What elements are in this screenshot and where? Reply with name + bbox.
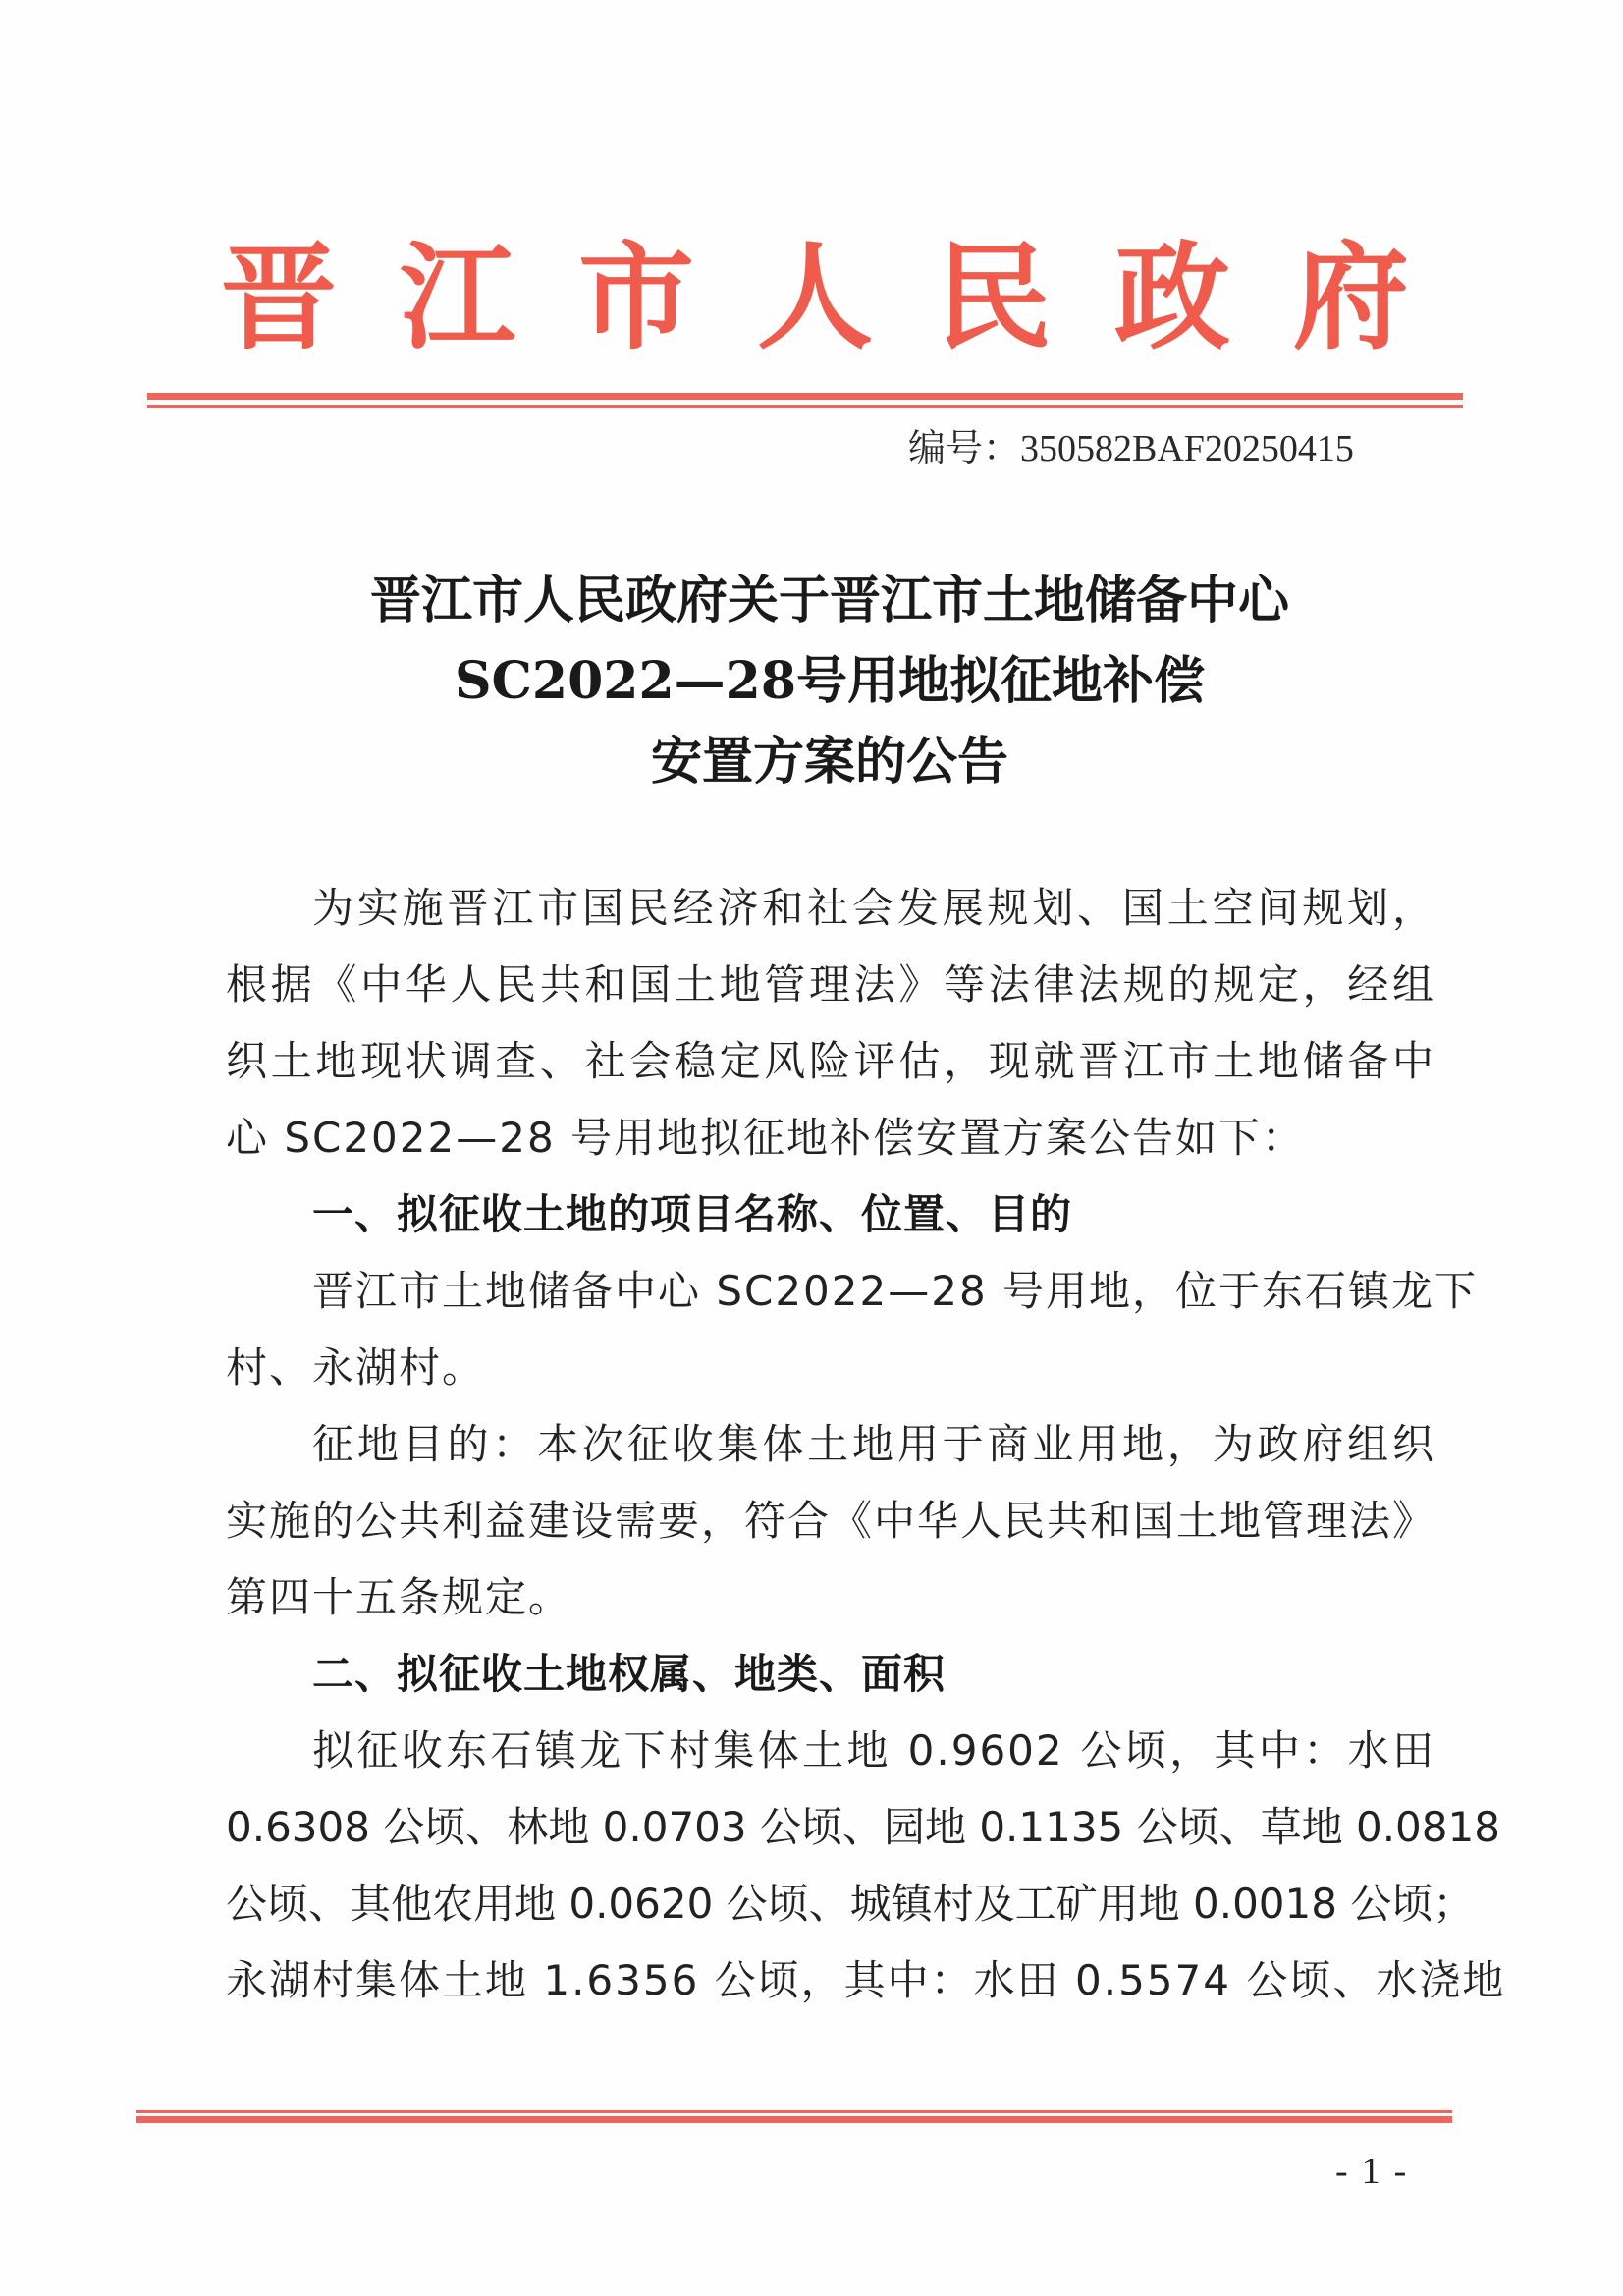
masthead-char: 府	[1293, 234, 1409, 361]
header-rule-thin	[147, 405, 1463, 408]
masthead-char: 人	[757, 234, 873, 361]
masthead-char: 市	[578, 234, 694, 361]
page-number: -1-	[1335, 2147, 1420, 2196]
body-text-line: 根据《中华人民共和国土地管理法》等法律法规的规定，经组	[226, 947, 1435, 1023]
masthead-char: 政	[1114, 234, 1230, 361]
document-title-line: SC2022—28号用地拟征地补偿	[226, 640, 1434, 723]
document-page: 晋 江 市 人 民 政 府 编号：350582BAF20250415 晋江市人民…	[0, 0, 1623, 2296]
footer-rule-thick	[136, 2116, 1452, 2123]
masthead-title: 晋 江 市 人 民 政 府	[221, 234, 1409, 361]
body-text-line: 心 SC2022—28 号用地拟征地补偿安置方案公告如下：	[226, 1100, 1435, 1176]
document-title-line: 晋江市人民政府关于晋江市土地储备中心	[226, 560, 1434, 642]
body-text-line: 实施的公共利益建设需要，符合《中华人民共和国土地管理法》	[226, 1483, 1435, 1559]
masthead-char: 民	[936, 234, 1052, 361]
document-title-line: 安置方案的公告	[226, 721, 1434, 803]
document-number: 编号：350582BAF20250415	[908, 424, 1354, 473]
body-text-line: 第四十五条规定。	[226, 1559, 1435, 1636]
masthead-char: 江	[400, 234, 515, 361]
body-text-line: 为实施晋江市国民经济和社会发展规划、国土空间规划，	[312, 870, 1435, 947]
body-text-line: 织土地现状调查、社会稳定风险评估，现就晋江市土地储备中	[226, 1023, 1435, 1100]
body-text-line: 晋江市土地储备中心 SC2022—28 号用地，位于东石镇龙下	[312, 1253, 1435, 1330]
footer-rule-thin	[136, 2110, 1452, 2113]
masthead-char: 晋	[221, 234, 337, 361]
body-text-line: 公顷、其他农用地 0.0620 公顷、城镇村及工矿用地 0.0018 公顷；	[226, 1866, 1435, 1942]
body-text-line: 拟征收东石镇龙下村集体土地 0.9602 公顷，其中：水田	[312, 1713, 1435, 1789]
body-text-line: 永湖村集体土地 1.6356 公顷，其中：水田 0.5574 公顷、水浇地	[226, 1942, 1435, 2019]
section-heading-2: 二、拟征收土地权属、地类、面积	[312, 1636, 946, 1713]
header-rule-thick	[147, 393, 1463, 400]
section-heading-1: 一、拟征收土地的项目名称、位置、目的	[312, 1176, 1072, 1253]
body-text-line: 征地目的：本次征收集体土地用于商业用地，为政府组织	[312, 1406, 1435, 1483]
body-text-line: 0.6308 公顷、林地 0.0703 公顷、园地 0.1135 公顷、草地 0…	[226, 1789, 1435, 1866]
body-text-line: 村、永湖村。	[226, 1330, 1435, 1406]
